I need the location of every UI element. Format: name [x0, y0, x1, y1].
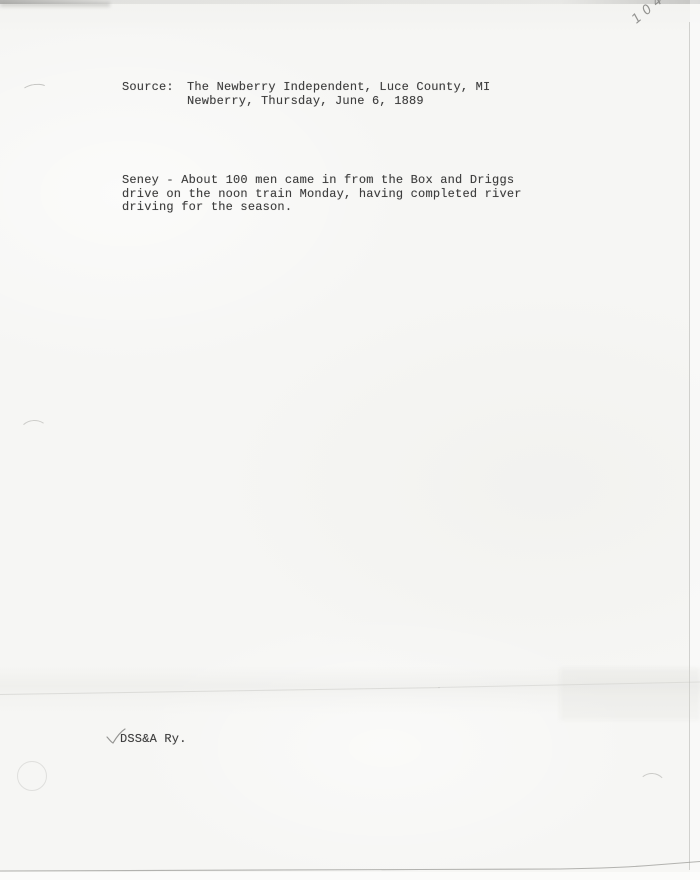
scan-bottom-margin: [0, 872, 700, 880]
pencil-check-icon: [105, 727, 129, 747]
source-lines: The Newberry Independent, Luce County, M…: [187, 80, 490, 108]
punch-hole-mark: [17, 761, 47, 791]
paper-right-margin: [690, 0, 700, 880]
source-line: The Newberry Independent, Luce County, M…: [187, 80, 490, 94]
scanned-document-page: 104 Source: The Newberry Independent, Lu…: [0, 0, 700, 880]
article-line: drive on the noon train Monday, having c…: [122, 188, 522, 202]
pencil-arc-mark: [21, 82, 48, 97]
article-line: driving for the season.: [122, 201, 522, 215]
railroad-notation: DSS&A Ry.: [120, 732, 187, 746]
article-text: Seney - About 100 men came in from the B…: [122, 174, 522, 215]
fold-crease-shading: [560, 668, 700, 720]
source-label: Source:: [122, 80, 187, 108]
source-citation: Source: The Newberry Independent, Luce C…: [122, 80, 490, 108]
article-line: Seney - About 100 men came in from the B…: [122, 174, 522, 188]
railroad-label: DSS&A Ry.: [120, 732, 187, 746]
paper-right-edge: [689, 22, 690, 870]
punch-hole-mark: [637, 772, 666, 799]
source-line: Newberry, Thursday, June 6, 1889: [187, 94, 490, 108]
pencil-arc-mark: [19, 419, 48, 443]
scan-top-left-shadow: [0, 2, 110, 7]
handwritten-page-number: 104: [629, 0, 669, 27]
